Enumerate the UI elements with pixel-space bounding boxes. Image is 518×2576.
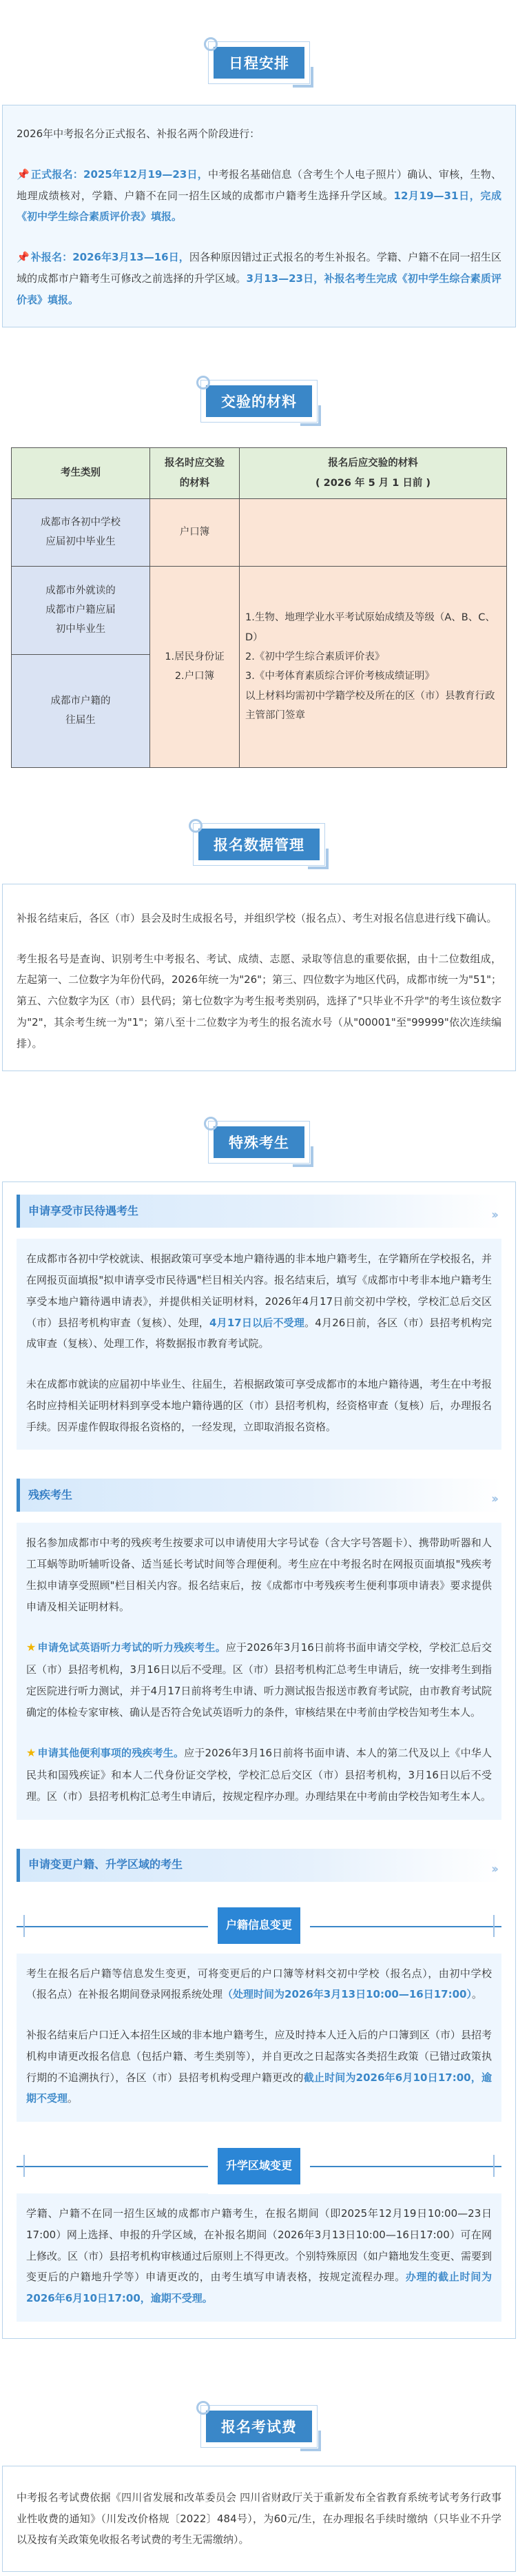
corner-ornament-icon: [308, 849, 329, 869]
corner-ornament-icon: [300, 2431, 321, 2451]
ring-ornament-icon: [189, 819, 203, 833]
star-icon: ★: [26, 1746, 37, 1759]
section-title-text: 交验的材料: [206, 385, 312, 417]
double-chevron-right-icon: ››: [491, 1487, 496, 1512]
header-category: 考生类别: [12, 448, 150, 499]
household-change-body: 考生在报名后户籍等信息发生变更，可将变更后的户口簿等材料交初中学校（报名点），由…: [17, 1954, 501, 2122]
subsection-header-change[interactable]: 申请变更户籍、升学区域的考生 ››: [17, 1849, 501, 1882]
header-after-registration: 报名后应交验的材料( 2026 年 5 月 1 日前 ): [240, 448, 507, 499]
subsection-header-disabled[interactable]: 残疾考生 ››: [17, 1479, 501, 1512]
schedule-formal: 📌正式报名：2025年12月19—23日，中考报名基础信息（含考生个人电子照片）…: [17, 164, 501, 227]
materials-table: 考生类别 报名时应交验的材料 报名后应交验的材料( 2026 年 5 月 1 日…: [11, 447, 507, 768]
section-title-text: 日程安排: [214, 47, 304, 79]
special-box: 申请享受市民待遇考生 ›› 在成都市各初中学校就读、根据政策可享受本地户籍待遇的…: [2, 1181, 516, 2339]
schedule-intro: 2026年中考报名分正式报名、补报名两个阶段进行：: [17, 123, 501, 145]
page: 日程安排 2026年中考报名分正式报名、补报名两个阶段进行： 📌正式报名：202…: [0, 0, 518, 2576]
chip-region-change: 升学区域变更: [17, 2149, 501, 2182]
section-title-text: 特殊考生: [214, 1126, 304, 1158]
subsection-body-disabled: 报名参加成都市中考的残疾考生按要求可以申请使用大字号试卷（含大字号答题卡）、携带…: [17, 1523, 501, 1819]
header-on-registration: 报名时应交验的材料: [150, 448, 240, 499]
corner-ornament-icon: [293, 67, 313, 88]
schedule-box: 2026年中考报名分正式报名、补报名两个阶段进行： 📌正式报名：2025年12月…: [2, 105, 516, 327]
corner-ornament-icon: [293, 1146, 313, 1167]
table-row: 成都市外就读的成都市户籍应届初中毕业生 1.居民身份证2.户口簿 1.生物、地理…: [12, 566, 507, 654]
double-chevron-right-icon: ››: [491, 1857, 496, 1883]
subsection-body-citizen: 在成都市各初中学校就读、根据政策可享受本地户籍待遇的非本地户籍考生，在学籍所在学…: [17, 1239, 501, 1450]
chip-household-change: 户籍信息变更: [17, 1909, 501, 1943]
section-title-data-management: 报名数据管理: [2, 823, 516, 866]
ring-ornament-icon: [196, 2401, 210, 2415]
shared-after-registration: 1.生物、地理学业水平考试原始成绩及等级（A、B、C、D） 2.《初中学生综合素…: [240, 566, 507, 767]
pushpin-icon: 📌: [17, 168, 30, 181]
double-chevron-right-icon: ››: [491, 1203, 496, 1228]
shared-on-registration: 1.居民身份证2.户口簿: [150, 566, 240, 767]
section-title-text: 报名考试费: [206, 2411, 312, 2442]
pushpin-icon: 📌: [17, 251, 30, 263]
section-title-special: 特殊考生: [2, 1121, 516, 1164]
table-row: 成都市各初中学校应届初中毕业生 户口簿: [12, 498, 507, 566]
star-icon: ★: [26, 1641, 37, 1654]
data-management-box: 补报名结束后，各区（市）县会及时生成报名号，并组织学校（报名点）、考生对报名信息…: [2, 884, 516, 1072]
section-title-schedule: 日程安排: [2, 41, 516, 84]
corner-ornament-icon: [300, 405, 321, 426]
section-title-fee: 报名考试费: [2, 2405, 516, 2448]
section-title-materials: 交验的材料: [2, 380, 516, 423]
region-change-body: 学籍、户籍不在同一招生区域的成都市户籍考生，在报名期间（即2025年12月19日…: [17, 2193, 501, 2322]
fee-box: 中考报名考试费依据《四川省发展和改革委员会 四川省财政厅关于重新发布全省教育系统…: [2, 2466, 516, 2572]
schedule-supplementary: 📌补报名：2026年3月13—16日，因各种原因错过正式报名的考生补报名。学籍、…: [17, 247, 501, 310]
ring-ornament-icon: [204, 37, 218, 51]
section-title-text: 报名数据管理: [198, 829, 320, 860]
subsection-header-citizen[interactable]: 申请享受市民待遇考生 ››: [17, 1195, 501, 1228]
table-header-row: 考生类别 报名时应交验的材料 报名后应交验的材料( 2026 年 5 月 1 日…: [12, 448, 507, 499]
